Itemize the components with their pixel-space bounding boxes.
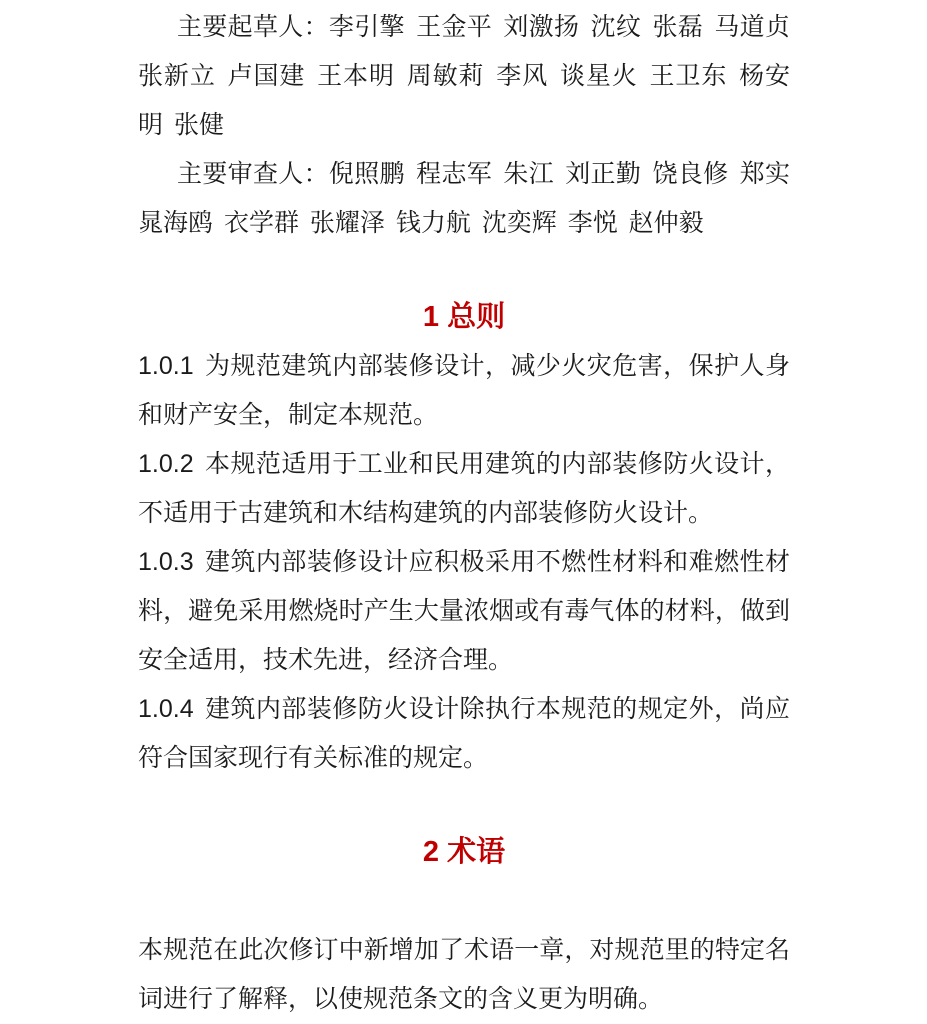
text-line: 晁海鸥 衣学群 张耀泽 钱力航 沈奕辉 李悦 赵仲毅 <box>138 199 790 248</box>
document-page: 主要起草人：李引擎 王金平 刘激扬 沈纹 张磊 马道贞张新立 卢国建 王本明 周… <box>0 0 927 1024</box>
text-line: 1.0.4 建筑内部装修防火设计除执行本规范的规定外，尚应 <box>138 685 790 734</box>
clause-1-0-3: 1.0.3 建筑内部装修设计应积极采用不燃性材料和难燃性材料，避免采用燃烧时产生… <box>138 538 790 685</box>
text-line: 本规范在此次修订中新增加了术语一章，对规范里的特定名 <box>138 926 790 975</box>
clause-1-0-1: 1.0.1 为规范建筑内部装修设计，减少火灾危害，保护人身和财产安全，制定本规范… <box>138 342 790 440</box>
text-line: 料，避免采用燃烧时产生大量浓烟或有毒气体的材料，做到 <box>138 587 790 636</box>
text-line: 主要审查人：倪照鹏 程志军 朱江 刘正勤 饶良修 郑实 <box>138 150 790 199</box>
text-line: 明 张健 <box>138 101 790 150</box>
text-line: 词进行了解释，以使规范条文的含义更为明确。 <box>138 975 790 1024</box>
text-line: 不适用于古建筑和木结构建筑的内部装修防火设计。 <box>138 489 790 538</box>
drafters-paragraph: 主要起草人：李引擎 王金平 刘激扬 沈纹 张磊 马道贞张新立 卢国建 王本明 周… <box>138 3 790 150</box>
text-line: 符合国家现行有关标准的规定。 <box>138 734 790 783</box>
clause-1-0-4: 1.0.4 建筑内部装修防火设计除执行本规范的规定外，尚应符合国家现行有关标准的… <box>138 685 790 783</box>
text-line: 1.0.3 建筑内部装修设计应积极采用不燃性材料和难燃性材 <box>138 538 790 587</box>
text-line: 和财产安全，制定本规范。 <box>138 391 790 440</box>
terms-intro-paragraph: 本规范在此次修订中新增加了术语一章，对规范里的特定名词进行了解释，以使规范条文的… <box>138 926 790 1024</box>
text-line: 1.0.2 本规范适用于工业和民用建筑的内部装修防火设计， <box>138 440 790 489</box>
text-line: 主要起草人：李引擎 王金平 刘激扬 沈纹 张磊 马道贞 <box>138 3 790 52</box>
text-line: 1.0.1 为规范建筑内部装修设计，减少火灾危害，保护人身 <box>138 342 790 391</box>
chapter-1-heading: 1 总则 <box>138 293 790 342</box>
reviewers-paragraph: 主要审查人：倪照鹏 程志军 朱江 刘正勤 饶良修 郑实晁海鸥 衣学群 张耀泽 钱… <box>138 150 790 248</box>
clause-1-0-2: 1.0.2 本规范适用于工业和民用建筑的内部装修防火设计，不适用于古建筑和木结构… <box>138 440 790 538</box>
text-line: 张新立 卢国建 王本明 周敏莉 李风 谈星火 王卫东 杨安 <box>138 52 790 101</box>
document-body: 主要起草人：李引擎 王金平 刘激扬 沈纹 张磊 马道贞张新立 卢国建 王本明 周… <box>138 3 790 1024</box>
chapter-2-heading: 2 术语 <box>138 828 790 877</box>
text-line: 安全适用，技术先进，经济合理。 <box>138 636 790 685</box>
